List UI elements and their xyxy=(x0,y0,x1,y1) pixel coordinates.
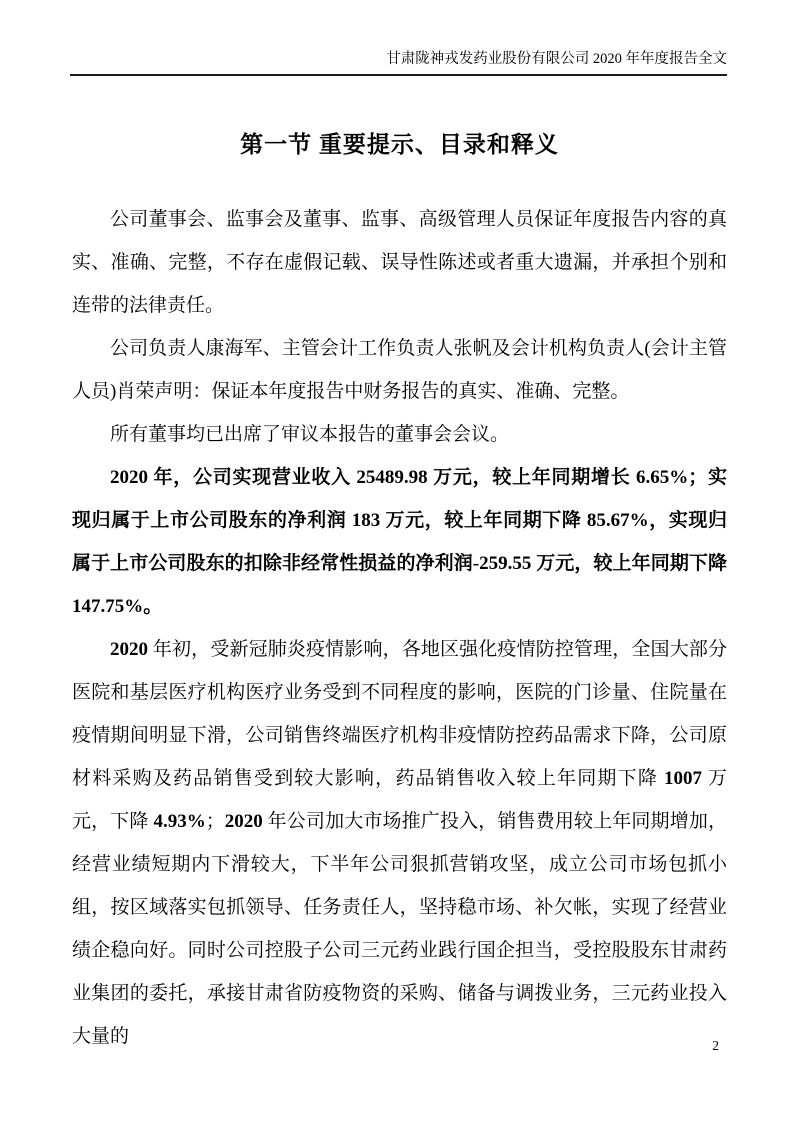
report-page: 甘肃陇神戎发药业股份有限公司 2020 年年度报告全文 第一节 重要提示、目录和… xyxy=(0,0,793,1122)
text-segment: 2020 xyxy=(110,639,148,660)
text-segment: 年初，受新冠肺炎疫情影响，各地区强化疫情防控管理，全国大部分医院和基层医疗机构医… xyxy=(72,639,727,789)
page-number: 2 xyxy=(712,1038,719,1054)
text-segment: 公司负责人康海军、主管会计工作负责人张帆及会计机构负责人(会计主管人员)肖荣声明… xyxy=(72,338,727,402)
paragraph-responsible-persons: 公司负责人康海军、主管会计工作负责人张帆及会计机构负责人(会计主管人员)肖荣声明… xyxy=(72,327,727,413)
paragraph-financial-results: 2020 年，公司实现营业收入 25489.98 万元，较上年同期增长 6.65… xyxy=(72,456,727,628)
paragraph-directors-attendance: 所有董事均已出席了审议本报告的董事会会议。 xyxy=(72,413,727,456)
text-segment: ； xyxy=(206,811,225,832)
paragraph-covid-impact: 2020 年初，受新冠肺炎疫情影响，各地区强化疫情防控管理，全国大部分医院和基层… xyxy=(72,628,727,1058)
text-segment: 4.93% xyxy=(153,811,205,832)
text-segment: 公司董事会、监事会及董事、监事、高级管理人员保证年度报告内容的真实、准确、完整，… xyxy=(72,209,727,316)
header-title: 甘肃陇神戎发药业股份有限公司 2020 年年度报告全文 xyxy=(386,50,727,68)
document-body: 公司董事会、监事会及董事、监事、高级管理人员保证年度报告内容的真实、准确、完整，… xyxy=(72,198,727,1058)
section-title: 第一节 重要提示、目录和释义 xyxy=(72,126,727,159)
text-segment: 1007 xyxy=(664,768,702,789)
text-segment: 2020 年，公司实现营业收入 25489.98 万元，较上年同期增长 6.65… xyxy=(72,467,727,617)
paragraph-board-guarantee: 公司董事会、监事会及董事、监事、高级管理人员保证年度报告内容的真实、准确、完整，… xyxy=(72,198,727,327)
text-segment: 年公司加大市场推广投入，销售费用较上年同期增加，经营业绩短期内下滑较大，下半年公… xyxy=(72,811,727,1047)
text-segment: 所有董事均已出席了审议本报告的董事会会议。 xyxy=(110,424,509,445)
text-segment: 2020 xyxy=(225,811,263,832)
header-divider xyxy=(70,74,727,76)
